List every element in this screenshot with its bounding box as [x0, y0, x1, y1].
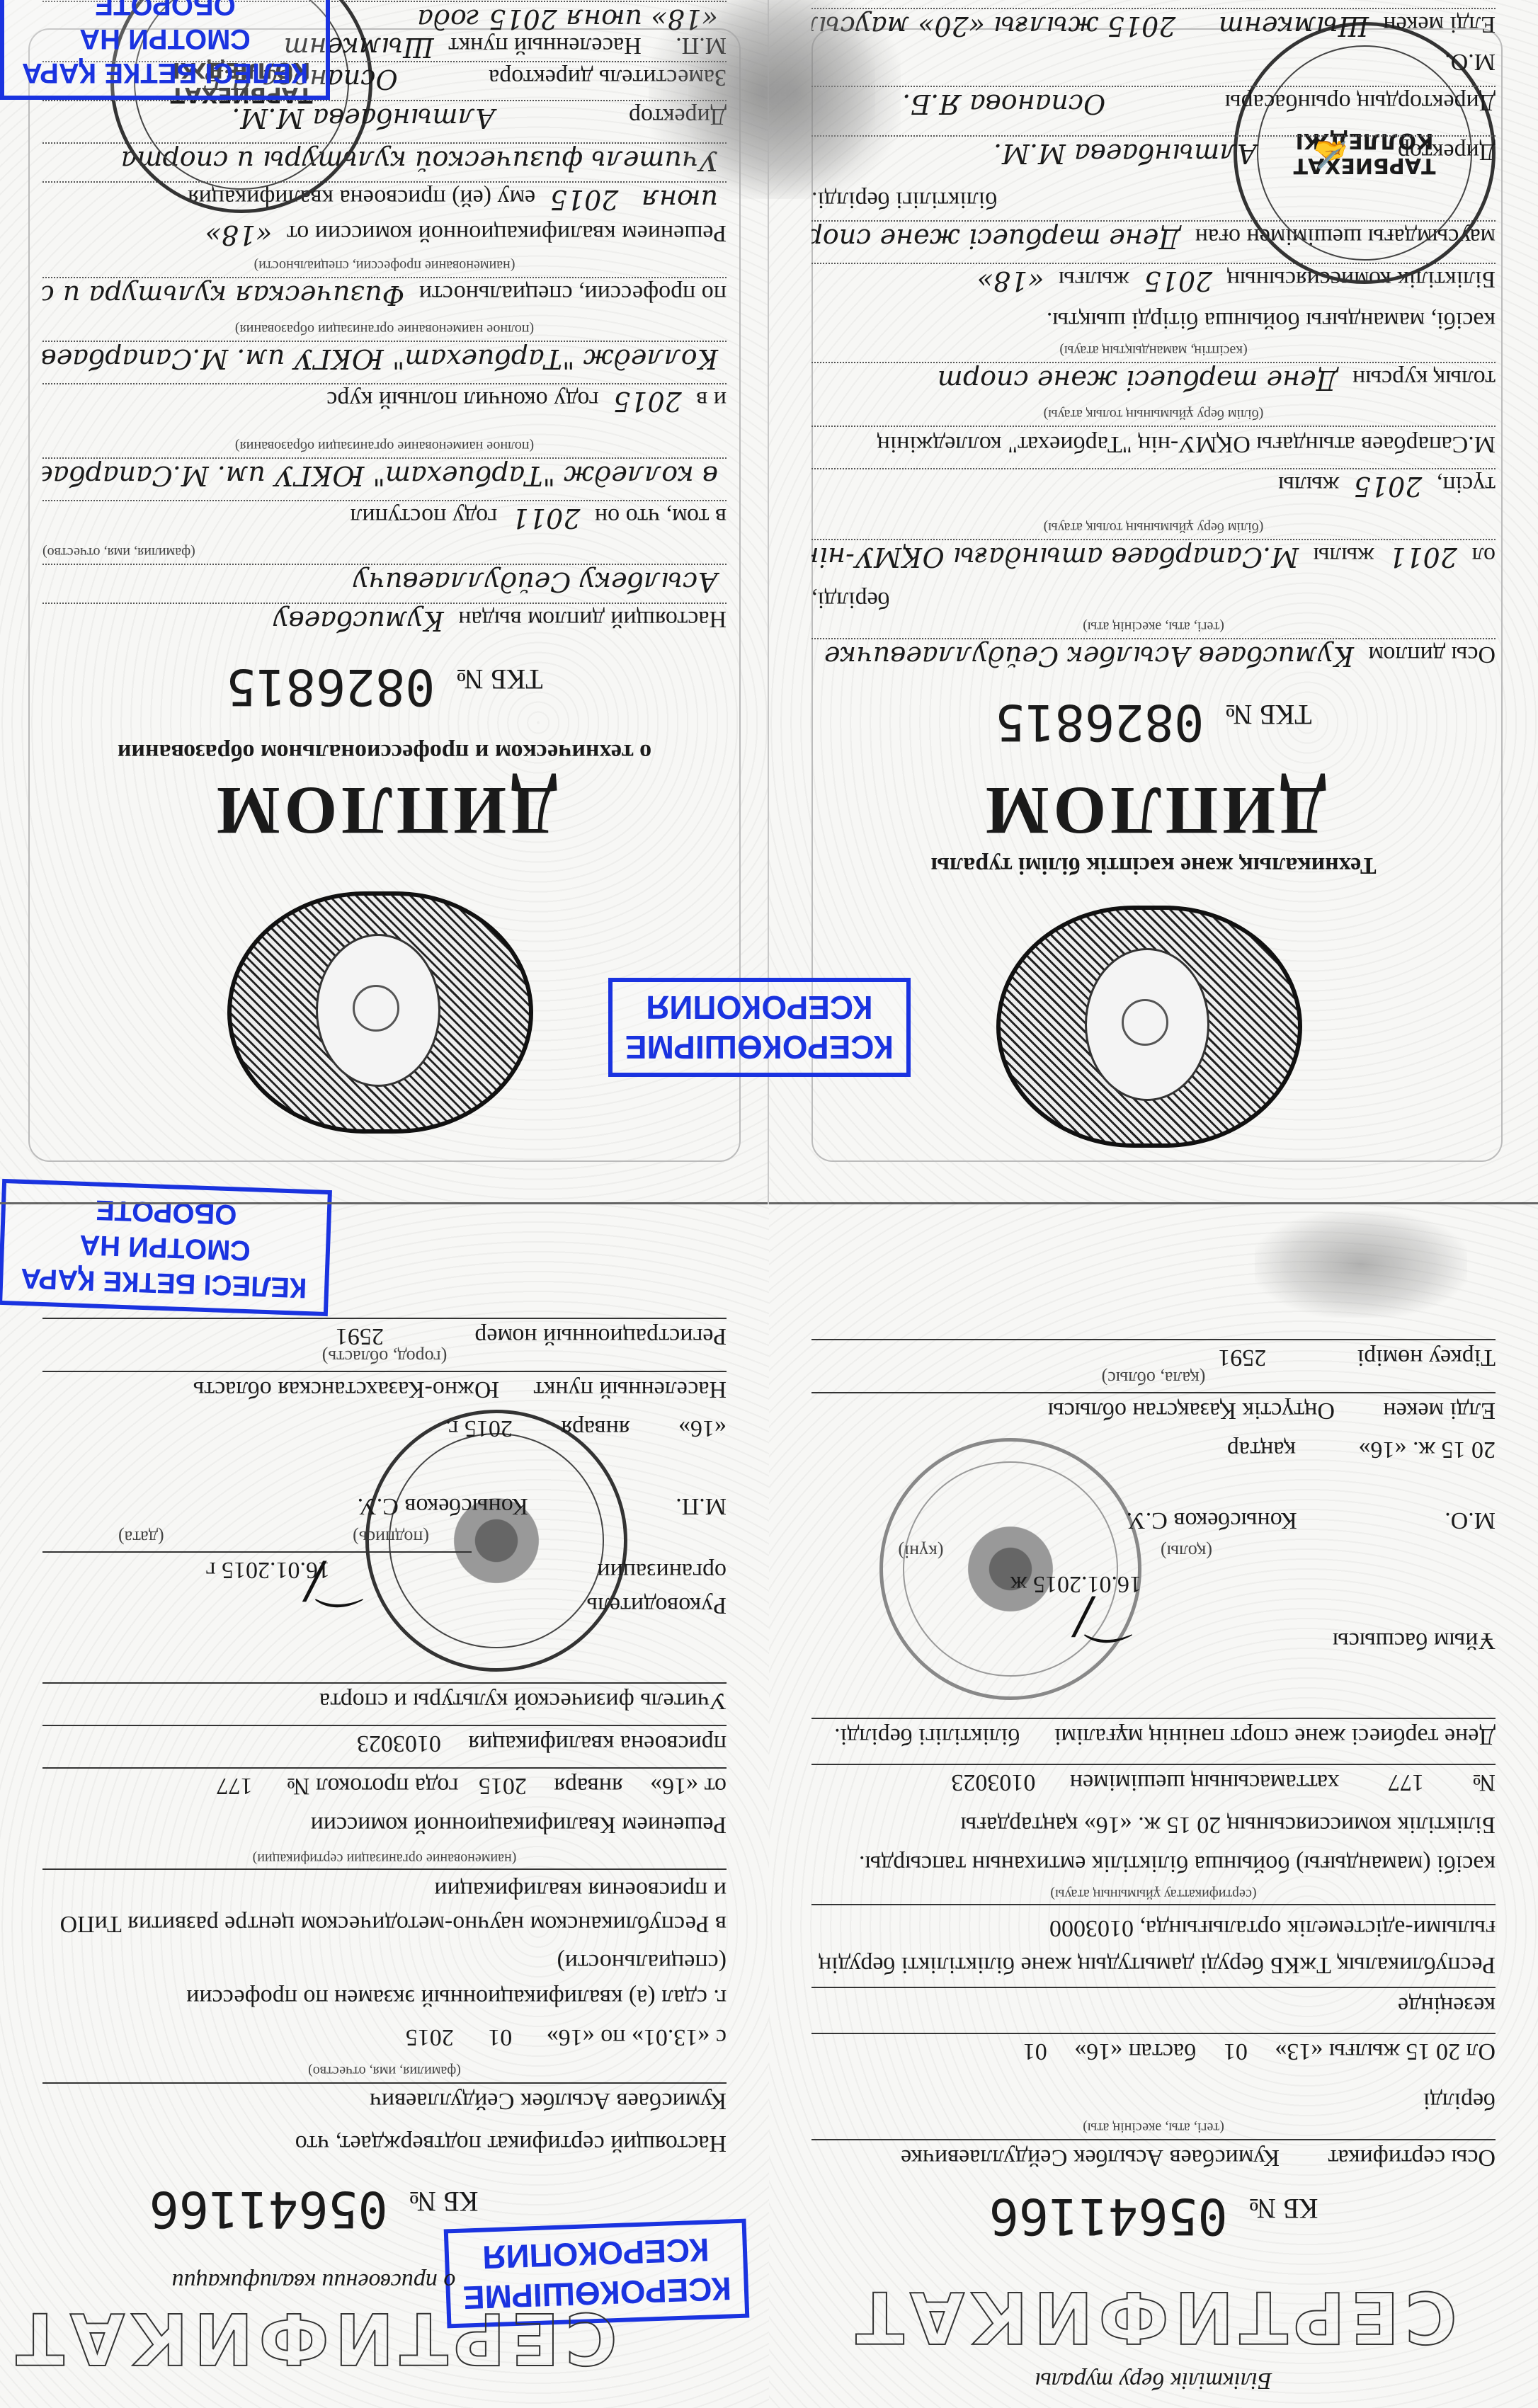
graduated-org: М.Сапарбаев атындағы ОҚМУ-нің "Тарбиехат…	[811, 426, 1496, 461]
course-label: толық курсын	[1352, 365, 1496, 392]
entered-org: в колледж "Тарбиехат" ЮКГУ им. М.Сапарба…	[42, 460, 718, 491]
commission-year-label: жылғы	[1059, 266, 1129, 292]
director-name: Алтынбаева М.М.	[232, 103, 495, 134]
entered-line: в том, что он 2011 году поступил	[42, 500, 727, 535]
exam-text: Ол 20	[1436, 2038, 1496, 2065]
holder-name: Асылбеку Сейдуллаевичу	[353, 566, 718, 598]
signature-caption-text: (қолы)	[1161, 1541, 1212, 1562]
entered-org-line: в колледж "Тарбиехат" ЮКГУ им. М.Сапарба…	[42, 457, 727, 493]
diploma-ru-subtitle: о техническом и профессиональном образов…	[0, 738, 769, 765]
exam-year-prefix: 20	[430, 2024, 454, 2050]
head-label: Ұйым басшысы	[811, 1624, 1496, 1657]
issue-year: 15	[1442, 1437, 1466, 1463]
decision-text: Решением Квалификационной комиссии	[42, 1808, 727, 1842]
commission-year-label: ж.	[1138, 1812, 1161, 1838]
issued-label: берілді	[811, 2084, 1496, 2118]
serial-number: 05641166	[989, 2187, 1228, 2245]
scanned-documents: Біліктілік беру туралы СЕРТИФИКАТ КБ № 0…	[0, 0, 1538, 2408]
decision-day: «18»	[205, 219, 273, 251]
org-caption: (наименование организации сертификации)	[42, 1850, 727, 1866]
issue-date-line: 20 15 ж. «16» қаңтар	[811, 1432, 1496, 1466]
certificate-ru: КСЕРОКӨШІРМЕ КСЕРОКОПИЯ СЕРТИФИКАТ о при…	[0, 1204, 769, 2408]
org-caption: (білім беру ұйымының толық атауы)	[811, 519, 1496, 535]
head-name: Конысбеков С.У.	[358, 1493, 528, 1519]
reg-label: Тіркеу нөмірі	[1357, 1345, 1496, 1371]
specialty-value: Физическая культура и спорт	[42, 280, 404, 311]
reg-label: Регистрационный номер	[474, 1323, 727, 1349]
graduated-year-label: жылы	[1278, 472, 1339, 498]
issue-date-line: «16» января 2015 г.	[42, 1411, 727, 1445]
specialty-value: Дене тәрбиесі және спорт	[938, 365, 1338, 396]
decision-month: января	[554, 1773, 622, 1799]
org-caption: (полное наименование организации образов…	[42, 438, 727, 454]
stamp-label: М.П.	[676, 1493, 727, 1519]
diploma-kz-subtitle: Техникалық және кәсіптік білімі туралы	[769, 852, 1538, 879]
graduated-label: түсіп,	[1437, 472, 1496, 498]
locality-line: Елді мекен Оңтүстік Қазақстан облысы	[811, 1392, 1496, 1427]
holder-line: Настоящий диплом выдан Кумисбаеву	[42, 603, 727, 638]
locality-value: Шымкент	[1219, 11, 1369, 42]
xerocopy-stamp: КСЕРОКӨШІРМЕ КСЕРОКОПИЯ	[608, 978, 911, 1077]
stamp-label: М.О.	[811, 45, 1496, 79]
decision-year: 2015	[550, 184, 619, 215]
head-label: Руководитель организации	[514, 1551, 727, 1622]
specialty-text: кәсібі, мамандығы бойынша бітірді шықты.	[811, 303, 1496, 337]
director-signature: ✍	[1314, 137, 1350, 170]
signature-caption: (қолы) (күні)	[811, 1541, 1496, 1562]
xerocopy-stamp-line2: КСЕРОКОПИЯ	[625, 988, 894, 1027]
qualification-value: Дене тәрбиесі және спорт пәнінің мұғалім…	[1054, 1723, 1496, 1750]
exam-to-day: 16	[559, 2024, 583, 2050]
issue-year: 15	[465, 1415, 489, 1442]
director-line: Директор ✍ Алтынбаева М.М.	[811, 135, 1496, 171]
director-name: Алтынбаева М.М.	[993, 138, 1257, 169]
locality-line: Елді мекен Шымкент 2015 жылғы «20» маусы…	[811, 8, 1496, 43]
org-caption-2: (полное наименование организации образов…	[42, 321, 727, 337]
exam-to-month: 01	[1023, 2038, 1047, 2065]
commission-year: 15	[1167, 1812, 1191, 1838]
entered-org: М.Сапарбаев атындағы ОҚМУ-нің "Тарбиехат…	[811, 542, 1299, 573]
commission-day: «18»	[977, 266, 1044, 297]
serial-number: 0826815	[995, 693, 1204, 751]
deputy-line: Директордың орынбасары Оспанова Я.Б.	[811, 86, 1496, 121]
stamp-label: М.О.	[1445, 1507, 1496, 1534]
holder-name-line: Асылбеку Сейдуллаевичу	[42, 564, 727, 599]
certificate-ru-subtitle: о присвоении квалификации	[0, 2268, 769, 2295]
locality-value: Южно-Казахстанская область	[193, 1376, 499, 1403]
state-emblem-icon	[996, 906, 1302, 1148]
director-line: Директор Алтынбаева М.М.	[42, 100, 727, 135]
toner-smudge	[649, 0, 875, 199]
exam-from-label: бастап	[1129, 2038, 1197, 2065]
certificate-kz-serial: КБ № 05641166	[769, 2187, 1538, 2245]
graduated-prefix: и в	[696, 387, 727, 413]
stamp-head-line: М.О. Конысбеков С.У.	[811, 1503, 1496, 1537]
entered-year: 2011	[1389, 542, 1457, 573]
locality-label: Населенный пункт	[448, 33, 642, 59]
certificate-kz-title: СЕРТИФИКАТ	[769, 2276, 1538, 2358]
diploma-ru-serial: ТКБ № 0826815	[0, 658, 769, 716]
see-reverse-line2: СМОТРИ НА ОБОРОТЕ	[17, 0, 313, 56]
signature: ⌒/	[306, 1551, 372, 1622]
holder-name: Кумисбаев Асылбек Сейдуллаевичке	[824, 641, 1354, 672]
protocol-number: 177	[216, 1773, 252, 1799]
decision-line: Решением квалификационной комиссии от «1…	[42, 218, 727, 252]
org-caption: (сертификаттау ұйымының атауы)	[811, 1885, 1496, 1902]
serial-number: 0826815	[226, 658, 435, 716]
serial-number: 05641166	[149, 2180, 388, 2238]
entered-year: 2011	[512, 503, 581, 534]
issue-year-prefix: 20	[489, 1415, 513, 1442]
diploma-kz-serial: ТКБ № 0826815	[769, 693, 1538, 751]
locality-label: Елді мекен	[1383, 1398, 1496, 1424]
fio-caption: (фамилия, имя, отчество)	[42, 544, 727, 560]
exam-suffix: г. сдал (а) квалификационный экзамен по …	[42, 1937, 727, 2015]
exam-from-month: 01	[1224, 2038, 1248, 2065]
fio-caption: (тегі, аты, әкесінің аты)	[811, 2119, 1496, 2135]
locality-label: Елді мекен	[1383, 11, 1496, 38]
serial-label: ТКБ №	[456, 663, 542, 695]
entered-line: ол 2011 жылы М.Сапарбаев атындағы ОҚМУ-н…	[811, 539, 1496, 574]
intro-text: Осы сертификат	[1328, 2145, 1496, 2171]
reg-line: Регистрационный номер 2591	[42, 1318, 727, 1353]
exam-year-label: жылғы	[1329, 2038, 1400, 2065]
issue-year-label: ж.	[1413, 1437, 1435, 1463]
holder-line: Осы диплом Кумисбаев Асылбек Сейдуллаеви…	[811, 638, 1496, 673]
see-reverse-stamp: КЕЛЕСІ БЕТКЕ ҚАРА СМОТРИ НА ОБОРОТЕ	[0, 0, 330, 100]
qualification-value: Учитель физической культуры и спорта	[42, 1682, 727, 1718]
exam-to-day: 16	[1086, 2038, 1110, 2065]
qualification-code: 0103023	[357, 1730, 441, 1757]
issue-day: 16	[1371, 1437, 1395, 1463]
decision-date-line: от «16» января 2015 года протокол № 177	[42, 1767, 727, 1803]
certificate-kz-holder-line: Осы сертификат Кумисбаев Асылбек Сейдулл…	[811, 2139, 1496, 2174]
director-label: Директор	[1398, 139, 1496, 165]
specialty-caption: (наименование профессии, специальности)	[42, 257, 727, 273]
commission-day: 16	[1096, 1812, 1120, 1838]
exam-result: кәсібі (мамандығы) бойынша біліктілік ем…	[811, 1847, 1496, 1881]
exam-to-month: 01	[488, 2024, 512, 2050]
decision-year: 15	[479, 1773, 503, 1799]
see-reverse-line1: КЕЛЕСІ БЕТКЕ ҚАРА	[17, 56, 313, 90]
reg-line: Тіркеу нөмірі 2591	[811, 1339, 1496, 1374]
exam-period-line: с «13.01» по «16» 01 2015	[42, 2020, 727, 2054]
decision-text: Решением квалификационной комиссии от	[287, 220, 727, 246]
head-signature-line: 16.01.2015 ж	[811, 1567, 1496, 1601]
reg-number: 2591	[336, 1323, 384, 1349]
qualification-label: присвоена квалификация	[468, 1730, 727, 1757]
exam-from-prefix: с	[716, 2024, 727, 2050]
graduated-line: түсіп, 2015 жылы	[811, 468, 1496, 503]
signature-caption-text: (подпись)	[353, 1527, 429, 1548]
qualification-line: Дене тәрбиесі және спорт пәнінің мұғалім…	[811, 1718, 1496, 1753]
exam-place: Республикалық ТжКБ беруді дамытудың және…	[811, 1904, 1496, 1983]
specialty-caption: (кәсіптің, мамандықтың атауы)	[811, 342, 1496, 358]
issue-day: 16	[690, 1415, 714, 1442]
holder-name: Кумисбаев Асылбек Сейдуллаевичке	[901, 2145, 1280, 2171]
graduated-line: и в 2015 году окончил полный курс	[42, 383, 727, 418]
xerocopy-stamp-line1: КСЕРОКӨШІРМЕ	[625, 1027, 894, 1067]
intro-text: Настоящий сертификат подтверждает, что	[42, 2126, 727, 2160]
signature-caption: (подпись) (дата)	[42, 1527, 727, 1548]
org-caption-2: (білім беру ұйымының толық атауы)	[811, 406, 1496, 422]
issued-label: Осы диплом	[1368, 641, 1496, 668]
certificate-kz: Біліктілік беру туралы СЕРТИФИКАТ КБ № 0…	[769, 1204, 1538, 2408]
qualification-value: Дене тәрбиесі және спорт пәнінің мұғалім…	[811, 223, 1180, 254]
specialty-prefix: по профессии, специальности	[419, 280, 727, 307]
certificate-ru-title: СЕРТИФИКАТ	[0, 2297, 769, 2380]
commission-text: Біліктілік комиссиясының 20	[1197, 1812, 1496, 1838]
deputy-name: Оспанова Я.Б.	[902, 89, 1105, 120]
fio-caption: (фамилия, имя, отчество)	[42, 2062, 727, 2079]
decision-from: от	[705, 1773, 727, 1799]
serial-label: КБ №	[1249, 2193, 1318, 2225]
exam-period-label: кезеңінде	[1398, 1992, 1496, 2019]
commission-line: Біліктілік комиссиясының 20 15 ж. «16» қ…	[811, 1808, 1496, 1842]
exam-place-line: кезеңінде	[811, 1987, 1496, 2022]
state-emblem-icon	[227, 891, 533, 1134]
certificate-ru-serial: КБ № 05641166	[0, 2180, 769, 2238]
protocol-number: 177	[1388, 1769, 1424, 1796]
commission-year: 2015	[1144, 266, 1213, 297]
fio-caption: (тегі, аты, әкесінің аты)	[811, 618, 1496, 634]
exam-place: в Республиканском научно-методическом це…	[42, 1868, 727, 1941]
locality-line: Населенный пункт Южно-Казахстанская обла…	[42, 1371, 727, 1406]
protocol-label: года протокол №	[287, 1773, 458, 1799]
decision-day: 16	[662, 1773, 686, 1799]
exam-period-line: Ол 20 15 жылғы «13» 01 бастап «16» 01	[811, 2033, 1496, 2068]
holder-surname: Кумисбаеву	[273, 605, 444, 637]
head-signature-line: 16.01.2015 г	[42, 1551, 472, 1587]
holder-name: Кумисбаев Асылбек Сейдуллаевич	[42, 2082, 727, 2118]
protocol-suffix: хаттамасының шешімімен	[1070, 1769, 1340, 1796]
graduated-year: 2015	[1354, 471, 1423, 502]
protocol-label: №	[1473, 1769, 1496, 1796]
stamp-head-line: М.П. Конысбеков С.У.	[42, 1489, 727, 1523]
reg-number: 2591	[1218, 1345, 1266, 1371]
entered-prefix: ол	[1471, 542, 1496, 569]
issued-suffix: берілді,	[811, 583, 1496, 617]
diploma-ru: КСЕРОКӨШІРМЕ КСЕРОКОПИЯ ДИПЛОМ о техниче…	[0, 0, 769, 1204]
head-name: Конысбеков С.У.	[1127, 1507, 1297, 1534]
exam-from-day: 13	[1287, 2038, 1311, 2065]
commission-month: қаңтардағы	[960, 1812, 1078, 1838]
graduated-org: Колледж "Тарбиехат" ЮКГУ им. М.Сапарбаев…	[42, 343, 718, 375]
exam-to-prefix: по	[600, 2024, 625, 2050]
issue-year-prefix: 20	[1471, 1437, 1496, 1463]
entered-label: жылы	[1314, 542, 1374, 569]
qualification-code-line: присвоена квалификация 0103023	[42, 1725, 727, 1760]
date-caption: (күні)	[898, 1541, 943, 1562]
qualification-code: 0103023	[951, 1769, 1035, 1796]
serial-label: ТКБ №	[1225, 699, 1311, 731]
specialty-line: по профессии, специальности Физическая к…	[42, 277, 727, 312]
locality-label: Населенный пункт	[533, 1376, 727, 1403]
graduated-suffix: году окончил полный курс	[326, 387, 598, 413]
graduated-org-line: Колледж "Тарбиехат" ЮКГУ им. М.Сапарбаев…	[42, 341, 727, 376]
issue-year-suffix: г.	[445, 1415, 459, 1442]
issued-label: Настоящий диплом выдан	[458, 606, 727, 632]
entered-prefix: в том, что он	[595, 503, 727, 530]
diploma-kz-title: ДИПЛОМ	[769, 772, 1538, 850]
decision-year-prefix: 20	[503, 1773, 527, 1799]
locality-value: Оңтүстік Қазақстан облысы	[1048, 1398, 1335, 1424]
exam-from: 13.01	[644, 2024, 698, 2050]
issue-month: қаңтар	[1227, 1437, 1296, 1463]
serial-label: КБ №	[409, 2186, 479, 2218]
protocol-line: № 177 хаттамасының шешімімен 0103023	[811, 1764, 1496, 1799]
date-caption: (дата)	[118, 1527, 164, 1548]
certificate-kz-subtitle: Біліктілік беру туралы	[769, 2367, 1538, 2394]
course-line: толық курсын Дене тәрбиесі және спорт	[811, 362, 1496, 397]
graduated-year: 2015	[613, 386, 682, 417]
signature: ⌒/	[1075, 1586, 1141, 1657]
deputy-label: Директордың орынбасары	[1225, 89, 1496, 115]
toner-smudge	[1255, 1211, 1467, 1318]
qualification-suffix: біліктілігі берілді.	[834, 1723, 1020, 1750]
exam-year: 15	[406, 2024, 430, 2050]
issue-month: января	[561, 1415, 630, 1442]
diploma-ru-title: ДИПЛОМ	[0, 772, 769, 850]
exam-year: 15	[1406, 2038, 1430, 2065]
entered-suffix: году поступил	[350, 503, 497, 530]
